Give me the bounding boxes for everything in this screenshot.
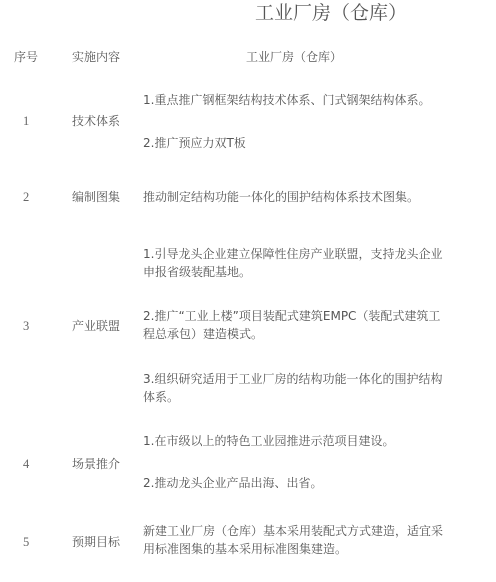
header-no: 序号 bbox=[14, 48, 38, 66]
row-1-item-1: 1.重点推广钢框架结构技术体系、门式钢架结构体系。 bbox=[143, 91, 443, 109]
row-3-item-2: 2.推广“工业上楼”项目装配式建筑EMPC（装配式建筑工程总承包）建造模式。 bbox=[143, 307, 443, 343]
row-1-content: 技术体系 bbox=[72, 112, 120, 130]
row-2-item-1: 推动制定结构功能一体化的围护结构体系技术图集。 bbox=[143, 188, 443, 206]
page-title: 工业厂房（仓库） bbox=[255, 0, 407, 26]
row-4-item-2: 2.推动龙头企业产品出海、出省。 bbox=[143, 474, 443, 492]
row-4-content: 场景推介 bbox=[72, 455, 120, 473]
row-3-content: 产业联盟 bbox=[72, 317, 120, 335]
row-5-no: 5 bbox=[23, 533, 29, 551]
row-3-item-3: 3.组织研究适用于工业厂房的结构功能一体化的围护结构体系。 bbox=[143, 370, 443, 406]
row-3-item-1: 1.引导龙头企业建立保障性住房产业联盟，支持龙头企业申报省级装配基地。 bbox=[143, 245, 443, 281]
row-4-item-1: 1.在市级以上的特色工业园推进示范项目建设。 bbox=[143, 432, 443, 450]
row-5-content: 预期目标 bbox=[72, 533, 120, 551]
row-2-no: 2 bbox=[23, 188, 29, 206]
header-detail: 工业厂房（仓库） bbox=[246, 48, 342, 66]
row-1-no: 1 bbox=[23, 112, 29, 130]
header-content: 实施内容 bbox=[72, 48, 120, 66]
row-2-content: 编制图集 bbox=[72, 188, 120, 206]
row-1-item-2: 2.推广预应力双T板 bbox=[143, 134, 443, 152]
row-4-no: 4 bbox=[23, 455, 29, 473]
row-3-no: 3 bbox=[23, 317, 29, 335]
row-5-item-1: 新建工业厂房（仓库）基本采用装配式方式建造，适宜采用标准图集的基本采用标准图集建… bbox=[143, 522, 443, 558]
